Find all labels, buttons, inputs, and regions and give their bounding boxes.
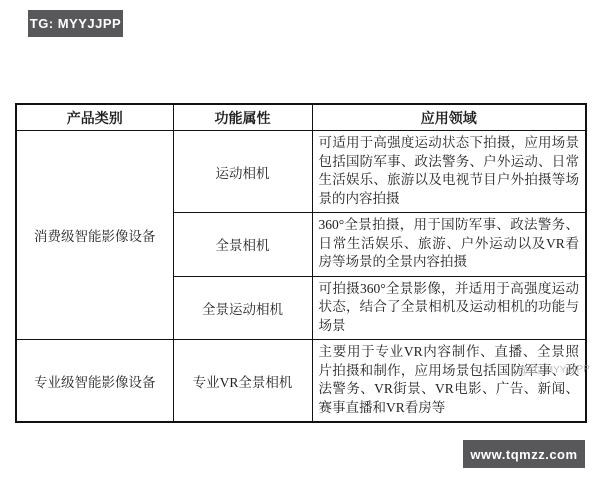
application-panoramic-camera-cell: 360°全景拍摄，用于国防军事、政法警务、日常生活娱乐、旅游、户外运动以及VR看… (312, 213, 586, 277)
attribute-pro-vr-camera-cell: 专业VR全景相机 (173, 340, 312, 423)
telegram-badge: TG: MYYJJPP (28, 10, 123, 37)
table-header-row: 产品类别 功能属性 应用领域 (16, 104, 586, 131)
attribute-action-camera-cell: 运动相机 (173, 131, 312, 213)
application-pro-vr-camera-cell: 主要用于专业VR内容制作、直播、全景照片拍摄和制作，应用场景包括国防军事、政法警… (312, 340, 586, 423)
website-badge: www.tqmzz.com (463, 440, 585, 468)
header-application-field: 应用领域 (312, 104, 586, 131)
header-function-attribute: 功能属性 (173, 104, 312, 131)
table-row: 专业级智能影像设备 专业VR全景相机 主要用于专业VR内容制作、直播、全景照片拍… (16, 340, 586, 423)
category-consumer-cell: 消费级智能影像设备 (16, 131, 173, 340)
attribute-panoramic-camera-cell: 全景相机 (173, 213, 312, 277)
product-category-table: 产品类别 功能属性 应用领域 消费级智能影像设备 运动相机 可适用于高强度运动状… (15, 103, 587, 423)
attribute-panoramic-action-camera-cell: 全景运动相机 (173, 276, 312, 340)
header-product-category: 产品类别 (16, 104, 173, 131)
application-action-camera-cell: 可适用于高强度运动状态下拍摄，应用场景包括国防军事、政法警务、户外运动、日常生活… (312, 131, 586, 213)
category-professional-cell: 专业级智能影像设备 (16, 340, 173, 423)
application-panoramic-action-camera-cell: 可拍摄360°全景影像，并适用于高强度运动状态，结合了全景相机及运动相机的功能与… (312, 276, 586, 340)
table-row: 消费级智能影像设备 运动相机 可适用于高强度运动状态下拍摄，应用场景包括国防军事… (16, 131, 586, 213)
document-page: TG: MYYJJPP 产品类别 功能属性 应用领域 消费级智能影像设备 运动相… (0, 0, 600, 480)
